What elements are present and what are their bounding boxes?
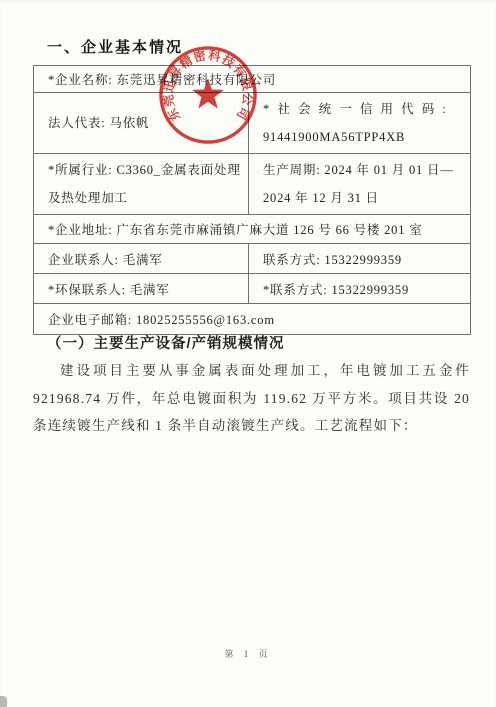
subsection-heading-production: （一）主要生产设备/产销规模情况: [47, 332, 285, 353]
credit-code-cell: * 社 会 统 一 信 用 代 码 : 91441900MA56TPP4XB: [249, 93, 471, 154]
company-name-text: *企业名称: 东莞迅昇精密科技有限公司: [48, 73, 276, 87]
env-contact-text: *环保联系人: 毛满军: [48, 283, 170, 297]
legal-representative-cell: 法人代表: 马依帆: [34, 93, 249, 154]
env-contact-phone-text: *联系方式: 15322999359: [263, 283, 409, 297]
table-row: *所属行业: C3360_金属表面处理及热处理加工 生产周期: 2024 年 0…: [34, 154, 471, 215]
table-row: 企业联系人: 毛满军 联系方式: 15322999359: [34, 244, 471, 274]
production-description-paragraph: 建设项目主要从事金属表面处理加工，年电镀加工五金件 921968.74 万件，年…: [33, 357, 470, 440]
env-contact-phone-cell: *联系方式: 15322999359: [249, 274, 471, 304]
table-row: *环保联系人: 毛满军 *联系方式: 15322999359: [34, 274, 471, 304]
page-number: 第 1 页: [0, 647, 496, 660]
table-row: *企业地址: 广东省东莞市麻涌镇广麻大道 126 号 66 号楼 201 室: [34, 215, 471, 244]
address-cell: *企业地址: 广东省东莞市麻涌镇广麻大道 126 号 66 号楼 201 室: [34, 215, 471, 244]
scan-artifact: [0, 696, 7, 707]
industry-cell: *所属行业: C3360_金属表面处理及热处理加工: [34, 154, 249, 215]
credit-code-label: * 社 会 统 一 信 用 代 码 :: [263, 95, 464, 123]
company-contact-cell: 企业联系人: 毛满军: [34, 244, 249, 274]
section-heading-basic-info: 一、企业基本情况: [47, 36, 183, 57]
industry-text: *所属行业: C3360_金属表面处理及热处理加工: [48, 163, 241, 205]
table-row: *企业名称: 东莞迅昇精密科技有限公司: [34, 66, 471, 93]
table-row: 法人代表: 马依帆 * 社 会 统 一 信 用 代 码 : 91441900MA…: [34, 93, 471, 154]
production-period-text: 生产周期: 2024 年 01 月 01 日—2024 年 12 月 31 日: [263, 163, 454, 205]
production-period-cell: 生产周期: 2024 年 01 月 01 日—2024 年 12 月 31 日: [249, 154, 471, 215]
env-contact-cell: *环保联系人: 毛满军: [34, 274, 249, 304]
address-text: *企业地址: 广东省东莞市麻涌镇广麻大道 126 号 66 号楼 201 室: [48, 223, 423, 237]
table-row: 企业电子邮箱: 18025255556@163.com: [34, 304, 471, 335]
legal-representative-text: 法人代表: 马依帆: [48, 116, 149, 130]
company-contact-text: 企业联系人: 毛满军: [48, 253, 163, 267]
company-name-cell: *企业名称: 东莞迅昇精密科技有限公司: [34, 66, 471, 93]
company-info-table: *企业名称: 东莞迅昇精密科技有限公司 法人代表: 马依帆 * 社 会 统 一 …: [33, 65, 471, 335]
scanned-document-page: 一、企业基本情况 *企业名称: 东莞迅昇精密科技有限公司 法人代表: 马依帆 *…: [0, 0, 496, 707]
company-contact-phone-text: 联系方式: 15322999359: [263, 253, 402, 267]
email-text: 企业电子邮箱: 18025255556@163.com: [48, 313, 275, 327]
email-cell: 企业电子邮箱: 18025255556@163.com: [34, 304, 471, 335]
credit-code-value: 91441900MA56TPP4XB: [263, 123, 464, 151]
company-contact-phone-cell: 联系方式: 15322999359: [249, 244, 471, 274]
